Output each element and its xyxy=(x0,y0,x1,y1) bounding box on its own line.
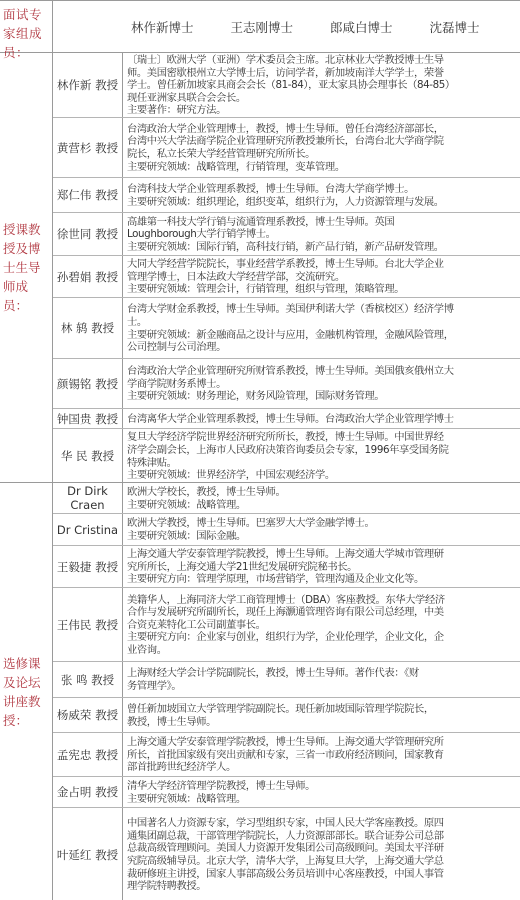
member-row: 郑仁伟 教授台湾科技大学企业管理系教授，博士生导师。台湾大学商学博士。主要研究领… xyxy=(53,178,520,213)
bio-line: 欧洲大学教授，博士生导师。巴塞罗大大学金融学博士。 xyxy=(127,517,516,530)
member-row: 王毅捷 教授上海交通大学安泰管理学院教授，博士生导师。上海交通大学城市管理研究所… xyxy=(53,546,520,588)
bio-line: 学商学院财务系博士。 xyxy=(127,378,516,391)
interview-experts-names: 林作新博士 王志刚博士 郎咸白博士 沈磊博士 xyxy=(53,1,520,53)
member-name: 杨威荣 教授 xyxy=(53,698,123,732)
member-name: 张 鸣 教授 xyxy=(53,662,123,697)
bio-line: 上海交通大学安泰管理学院教授，博士生导师。上海交通大学城市管理研 xyxy=(127,548,516,561)
bio-line: 主要研究领域：国际金融。 xyxy=(127,530,516,543)
expert-name: 沈磊博士 xyxy=(430,18,480,36)
member-row: 叶延红 教授中国著名人力资源专家，学习型组织专家，中国人民大学客座教授。原四通集… xyxy=(53,808,520,900)
bio-line: 总裁高级管理顾问。美国人力资源开发集团公司高级顾问。美国太平洋研 xyxy=(127,842,516,855)
bio-line: 台湾大学财金系教授，博士生导师。美国伊利诺大学（香槟校区）经济学博 xyxy=(127,303,516,316)
member-row: 林 鸫 教授台湾大学财金系教授，博士生导师。美国伊利诺大学（香槟校区）经济学博士… xyxy=(53,298,520,359)
bio-line: 合资克莱特化工公司副董事长。 xyxy=(127,619,516,632)
member-row: 钟国贵 教授台湾离华大学企业管理系教授，博士生导师。台湾政治大学企业管理学博士 xyxy=(53,409,520,429)
member-bio: 清华大学经济管理学院教授，博士生导师。主要研究领域：战略管理。 xyxy=(123,777,520,807)
bio-line: 公司控制与公司治理。 xyxy=(127,341,516,354)
member-bio: 曾任新加坡国立大学管理学院副院长。现任新加坡国际管理学院院长，教授，博士生导师。 xyxy=(123,698,520,732)
member-name: 金占明 教授 xyxy=(53,777,123,807)
member-bio: 大同大学经营学院院长，事业经营学系教授，博士生导师。台北大学企业管理学博士，日本… xyxy=(123,256,520,297)
member-bio: 中国著名人力资源专家，学习型组织专家，中国人民大学客座教授。原四通集团副总裁，干… xyxy=(123,808,520,900)
member-row: 徐世同 教授高雄第一科技大学行销与流通管理系教授，博士生导师。英国Loughbo… xyxy=(53,213,520,256)
member-name: 孙碧娟 教授 xyxy=(53,256,123,297)
bio-line: 济学会副会长，上海市人民政府决策咨询委员会专家，1996年享受国务院 xyxy=(127,444,516,457)
member-name: 叶延红 教授 xyxy=(53,808,123,900)
bio-line: 美籍华人，上海同济大学工商管理博士（DBA）客座教授。东华大学经济 xyxy=(127,594,516,607)
member-row: 杨威荣 教授曾任新加坡国立大学管理学院副院长。现任新加坡国际管理学院院长，教授，… xyxy=(53,698,520,733)
bio-line: 教授，博士生导师。 xyxy=(127,716,516,729)
bio-line: 所长，首批国家级有突出贡献和专家，三省一市政府经济顾问，国家教育 xyxy=(127,749,516,762)
bio-line: 复旦大学经济学院世界经济研究所所长，教授，博士生导师。中国世界经 xyxy=(127,431,516,444)
bio-line: 台湾政治大学企业管理研究所财管系教授，博士生导师。美国俄亥俄州立大 xyxy=(127,365,516,378)
member-row: 孙碧娟 教授大同大学经营学院院长，事业经营学系教授，博士生导师。台北大学企业管理… xyxy=(53,256,520,298)
bio-line: Loughborough大学行销学博士。 xyxy=(127,228,516,241)
bio-line: 主要著作：研究方法。 xyxy=(127,104,516,117)
bio-line: 特殊津贴。 xyxy=(127,457,516,470)
member-row: 黄营杉 教授台湾政治大学企业管理博士，教授，博士生导师。曾任台湾经济部部长，台湾… xyxy=(53,118,520,178)
bio-line: 部首批跨世纪经济学人。 xyxy=(127,761,516,774)
bio-line: 业咨询。 xyxy=(127,644,516,657)
bio-line: 理学院特聘教授。 xyxy=(127,880,516,893)
bio-line: 学士。曾任新加坡家具商会会长（81-84），亚太家具协会理事长（84-85） xyxy=(127,79,516,92)
member-bio: 台湾政治大学企业管理研究所财管系教授，博士生导师。美国俄亥俄州立大学商学院财务系… xyxy=(123,359,520,408)
bio-line: 士。 xyxy=(127,316,516,329)
bio-line: 台湾科技大学企业管理系教授，博士生导师。台湾大学商学博士。 xyxy=(127,183,516,196)
bio-line: 大同大学经营学院院长，事业经营学系教授，博士生导师。台北大学企业 xyxy=(127,258,516,271)
member-name: 钟国贵 教授 xyxy=(53,409,123,428)
bio-line: 主要研究领域：战略管理。 xyxy=(127,793,516,806)
expert-name: 林作新博士 xyxy=(131,18,194,36)
bio-line: 上海财经大学会计学院副院长，教授，博士生导师。著作代表：《财 xyxy=(127,667,516,680)
member-bio: 上海交通大学安泰管理学院教授，博士生导师。上海交通大学管理研究所所长，首批国家级… xyxy=(123,733,520,776)
bio-line: 欧洲大学校长，教授，博士生导师。 xyxy=(127,486,516,499)
member-name: 林作新 教授 xyxy=(53,53,123,117)
bio-line: 曾任新加坡国立大学管理学院副院长。现任新加坡国际管理学院院长， xyxy=(127,703,516,716)
member-bio: 复旦大学经济学院世界经济研究所所长，教授，博士生导师。中国世界经济学会副会长，上… xyxy=(123,429,520,483)
member-bio: 〔瑞士〕欧洲大学（亚洲）学术委员会主席。北京林业大学教授博士生导师。美国密歇根州… xyxy=(123,53,520,117)
member-row: 金占明 教授清华大学经济管理学院教授，博士生导师。主要研究领域：战略管理。 xyxy=(53,777,520,808)
bio-line: 通集团副总裁，干部管理学院院长，人力资源部部长。联合证券公司总部 xyxy=(127,830,516,843)
member-bio: 台湾政治大学企业管理博士，教授，博士生导师。曾任台湾经济部部长，台湾中兴大学法商… xyxy=(123,118,520,177)
bio-line: 主要研究领域：财务理论，财务风险管理，国际财务管理。 xyxy=(127,390,516,403)
bio-line: 主要研究领域：国际行销，高科技行销，新产品行销，新产品研发管理。 xyxy=(127,241,516,254)
member-row: Dr Dirk Craen欧洲大学校长，教授，博士生导师。主要研究领域：战略管理… xyxy=(53,483,520,514)
bio-line: 台湾离华大学企业管理系教授，博士生导师。台湾政治大学企业管理学博士 xyxy=(127,413,516,426)
teaching-professors-group: 授课教授及博士生导师成员： 林作新 教授〔瑞士〕欧洲大学（亚洲）学术委员会主席。… xyxy=(0,53,520,483)
member-bio: 上海交通大学安泰管理学院教授，博士生导师。上海交通大学城市管理研究所所长，上海交… xyxy=(123,546,520,587)
member-row: 王伟民 教授美籍华人，上海同济大学工商管理博士（DBA）客座教授。东华大学经济合… xyxy=(53,588,520,662)
member-name: 郑仁伟 教授 xyxy=(53,178,123,212)
member-name: Dr Dirk Craen xyxy=(53,483,123,513)
member-name: 黄营杉 教授 xyxy=(53,118,123,177)
member-name: 王伟民 教授 xyxy=(53,588,123,661)
expert-name: 郎咸白博士 xyxy=(330,18,393,36)
member-bio: 台湾离华大学企业管理系教授，博士生导师。台湾政治大学企业管理学博士 xyxy=(123,409,520,428)
member-row: 颜锡铭 教授台湾政治大学企业管理研究所财管系教授，博士生导师。美国俄亥俄州立大学… xyxy=(53,359,520,409)
group-label: 选修课及论坛讲座教授： xyxy=(0,483,53,900)
bio-line: 中国著名人力资源专家，学习型组织专家，中国人民大学客座教授。原四 xyxy=(127,817,516,830)
bio-line: 究所所长，上海交通大学21世纪发展研究院秘书长。 xyxy=(127,561,516,574)
member-row: 林作新 教授〔瑞士〕欧洲大学（亚洲）学术委员会主席。北京林业大学教授博士生导师。… xyxy=(53,53,520,118)
bio-line: 裁研修班主讲授，国家人事部高级公务员培训中心客座教授，中国人事管 xyxy=(127,868,516,881)
interview-experts-row: 面试专家组成员： 林作新博士 王志刚博士 郎咸白博士 沈磊博士 xyxy=(0,1,520,53)
bio-line: 主要研究领域：世界经济学，中国宏观经济学。 xyxy=(127,469,516,482)
member-name: 孟宪忠 教授 xyxy=(53,733,123,776)
interview-experts-label: 面试专家组成员： xyxy=(0,1,53,53)
bio-line: 现任亚洲家具联合会会长。 xyxy=(127,92,516,105)
member-name: 徐世同 教授 xyxy=(53,213,123,255)
bio-line: 高雄第一科技大学行销与流通管理系教授，博士生导师。英国 xyxy=(127,216,516,229)
member-name: 林 鸫 教授 xyxy=(53,298,123,358)
bio-line: 主要研究领域：战略管理。 xyxy=(127,499,516,512)
member-bio: 美籍华人，上海同济大学工商管理博士（DBA）客座教授。东华大学经济合作与发展研究… xyxy=(123,588,520,661)
member-row: 张 鸣 教授上海财经大学会计学院副院长，教授，博士生导师。著作代表：《财务管理学… xyxy=(53,662,520,698)
member-name: 华 民 教授 xyxy=(53,429,123,483)
bio-line: 主要研究领域：新金融商品之设计与应用，金融机构管理，金融风险管理， xyxy=(127,329,516,342)
group-label-text: 选修课及论坛讲座教授： xyxy=(3,654,52,730)
expert-name: 王志刚博士 xyxy=(231,18,294,36)
member-bio: 欧洲大学校长，教授，博士生导师。主要研究领域：战略管理。 xyxy=(123,483,520,513)
bio-line: 合作与发展研究所副所长，现任上海灏通管理咨询有限公司总经理，中美 xyxy=(127,606,516,619)
member-row: Dr Cristina欧洲大学教授，博士生导师。巴塞罗大大学金融学博士。主要研究… xyxy=(53,514,520,546)
member-bio: 台湾大学财金系教授，博士生导师。美国伊利诺大学（香槟校区）经济学博士。主要研究领… xyxy=(123,298,520,358)
bio-line: 主要研究领域：组织理论，组织变革，组织行为，人力资源管理与发展。 xyxy=(127,196,516,209)
member-name: Dr Cristina xyxy=(53,514,123,545)
bio-line: 台湾中兴大学法商学院企业管理研究所教授兼所长，台湾台北大学商学院 xyxy=(127,135,516,148)
member-bio: 高雄第一科技大学行销与流通管理系教授，博士生导师。英国Loughborough大… xyxy=(123,213,520,255)
bio-line: 清华大学经济管理学院教授，博士生导师。 xyxy=(127,780,516,793)
bio-line: 主要研究领域：管理会计，行销管理，组织与管理，策略管理。 xyxy=(127,283,516,296)
member-bio: 台湾科技大学企业管理系教授，博士生导师。台湾大学商学博士。主要研究领域：组织理论… xyxy=(123,178,520,212)
member-row: 华 民 教授复旦大学经济学院世界经济研究所所长，教授，博士生导师。中国世界经济学… xyxy=(53,429,520,483)
bio-line: 院长，私立长荣大学经营管理研究所所长。 xyxy=(127,148,516,161)
group-label-text: 授课教授及博士生导师成员： xyxy=(3,220,52,315)
bio-line: 主要研究方向：企业家与创业，组织行为学，企业伦理学，企业文化，企 xyxy=(127,631,516,644)
bio-line: 台湾政治大学企业管理博士，教授，博士生导师。曾任台湾经济部部长， xyxy=(127,123,516,136)
bio-line: 务管理学》。 xyxy=(127,680,516,693)
member-bio: 欧洲大学教授，博士生导师。巴塞罗大大学金融学博士。主要研究领域：国际金融。 xyxy=(123,514,520,545)
bio-line: 〔瑞士〕欧洲大学（亚洲）学术委员会主席。北京林业大学教授博士生导 xyxy=(127,54,516,67)
faculty-table: 面试专家组成员： 林作新博士 王志刚博士 郎咸白博士 沈磊博士 授课教授及博士生… xyxy=(0,0,520,900)
elective-professors-group: 选修课及论坛讲座教授： Dr Dirk Craen欧洲大学校长，教授，博士生导师… xyxy=(0,483,520,900)
member-name: 颜锡铭 教授 xyxy=(53,359,123,408)
member-bio: 上海财经大学会计学院副院长，教授，博士生导师。著作代表：《财务管理学》。 xyxy=(123,662,520,697)
member-row: 孟宪忠 教授上海交通大学安泰管理学院教授，博士生导师。上海交通大学管理研究所所长… xyxy=(53,733,520,777)
member-name: 王毅捷 教授 xyxy=(53,546,123,587)
bio-line: 主要研究方向：管理学原理，市场营销学，管理沟通及企业文化等。 xyxy=(127,573,516,586)
bio-line: 主要研究领域：战略管理，行销管理，变革管理。 xyxy=(127,161,516,174)
bio-line: 上海交通大学安泰管理学院教授，博士生导师。上海交通大学管理研究所 xyxy=(127,736,516,749)
group-label: 授课教授及博士生导师成员： xyxy=(0,53,53,482)
bio-line: 师。美国密歇根州立大学博士后，访问学者，新加坡南洋大学学士，荣誉 xyxy=(127,67,516,80)
bio-line: 究院高级辅导员。北京大学，清华大学，上海复旦大学，上海交通大学总 xyxy=(127,855,516,868)
bio-line: 管理学博士，日本法政大学经营学部，交流研究。 xyxy=(127,271,516,284)
